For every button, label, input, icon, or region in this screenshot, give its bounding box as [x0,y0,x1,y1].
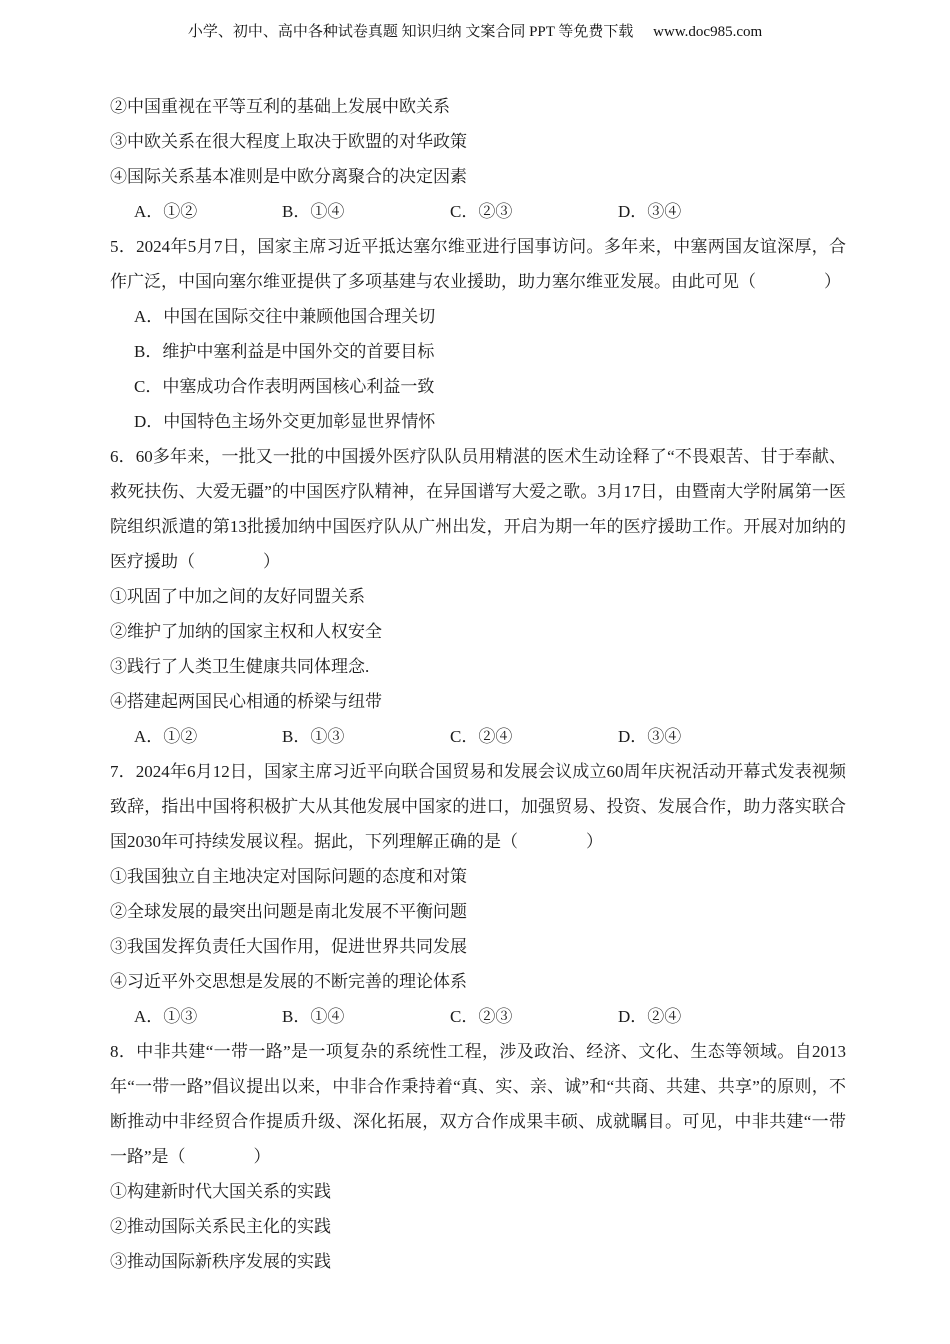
q6-answer-choices-row: A．①② B．①③ C．②④ D．③④ [110,719,846,754]
q7-item-4: ④习近平外交思想是发展的不断完善的理论体系 [110,964,846,999]
header-site-url: www.doc985.com [653,24,762,40]
q8-item-1: ①构建新时代大国关系的实践 [110,1174,846,1209]
q6-stem: 6．60多年来，一批又一批的中国援外医疗队队员用精湛的医术生动诠释了“不畏艰苦、… [110,439,846,579]
q7-choice-d: D．②④ [618,999,681,1034]
q4-item-2: ②中国重视在平等互利的基础上发展中欧关系 [110,89,846,124]
q5-option-b: B．维护中塞利益是中国外交的首要目标 [110,334,846,369]
q7-item-1: ①我国独立自主地决定对国际问题的态度和对策 [110,859,846,894]
q6-item-3: ③践行了人类卫生健康共同体理念. [110,649,846,684]
exam-document-page: 小学、初中、高中各种试卷真题 知识归纳 文案合同 PPT 等免费下载 www.d… [0,0,950,1344]
q7-item-3: ③我国发挥负责任大国作用，促进世界共同发展 [110,929,846,964]
q7-choice-a: A．①③ [134,999,282,1034]
q6-item-2: ②维护了加纳的国家主权和人权安全 [110,614,846,649]
q8-item-3: ③推动国际新秩序发展的实践 [110,1244,846,1279]
q6-item-4: ④搭建起两国民心相通的桥梁与纽带 [110,684,846,719]
page-header: 小学、初中、高中各种试卷真题 知识归纳 文案合同 PPT 等免费下载 www.d… [0,0,950,42]
exam-body: ②中国重视在平等互利的基础上发展中欧关系 ③中欧关系在很大程度上取决于欧盟的对华… [0,89,846,1279]
header-promo-text: 小学、初中、高中各种试卷真题 知识归纳 文案合同 PPT 等免费下载 [188,24,634,40]
q8-stem: 8．中非共建“一带一路”是一项复杂的系统性工程，涉及政治、经济、文化、生态等领域… [110,1034,846,1174]
q4-choice-a: A．①② [134,194,282,229]
q4-choice-c: C．②③ [450,194,618,229]
q4-answer-choices-row: A．①② B．①④ C．②③ D．③④ [110,194,846,229]
q6-item-1: ①巩固了中加之间的友好同盟关系 [110,579,846,614]
q6-choice-d: D．③④ [618,719,681,754]
q4-item-4: ④国际关系基本准则是中欧分离聚合的决定因素 [110,159,846,194]
q7-item-2: ②全球发展的最突出问题是南北发展不平衡问题 [110,894,846,929]
q4-choice-d: D．③④ [618,194,681,229]
q7-stem: 7．2024年6月12日，国家主席习近平向联合国贸易和发展会议成立60周年庆祝活… [110,754,846,859]
q4-choice-b: B．①④ [282,194,450,229]
q7-answer-choices-row: A．①③ B．①④ C．②③ D．②④ [110,999,846,1034]
q5-option-d: D．中国特色主场外交更加彰显世界情怀 [110,404,846,439]
q4-item-3: ③中欧关系在很大程度上取决于欧盟的对华政策 [110,124,846,159]
q6-choice-a: A．①② [134,719,282,754]
q5-option-a: A．中国在国际交往中兼顾他国合理关切 [110,299,846,334]
q7-choice-b: B．①④ [282,999,450,1034]
q5-option-c: C．中塞成功合作表明两国核心利益一致 [110,369,846,404]
q8-item-2: ②推动国际关系民主化的实践 [110,1209,846,1244]
q5-stem: 5．2024年5月7日，国家主席习近平抵达塞尔维亚进行国事访问。多年来，中塞两国… [110,229,846,299]
q6-choice-c: C．②④ [450,719,618,754]
q6-choice-b: B．①③ [282,719,450,754]
q7-choice-c: C．②③ [450,999,618,1034]
